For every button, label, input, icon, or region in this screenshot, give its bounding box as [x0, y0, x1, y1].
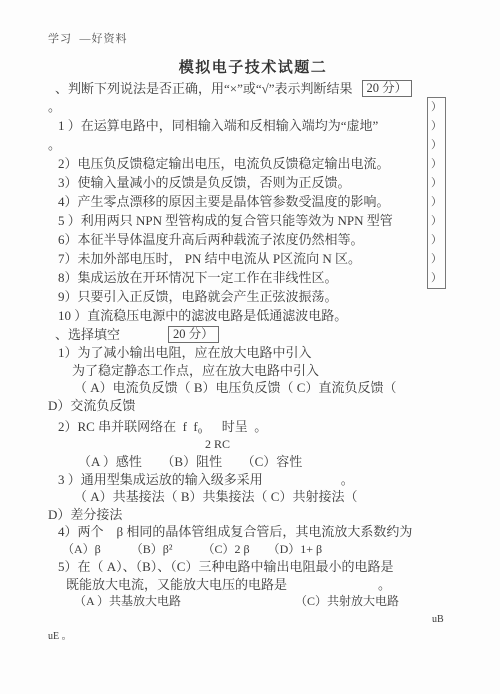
judge-item: 9）只要引入正反馈，电路就会产生正弦波振荡。 [0, 287, 500, 306]
q6-ue-line: uE 。 [0, 628, 500, 646]
option-line: D）差分接法 [0, 506, 500, 524]
question-line: 1）为了减小输出电阻，应在放大电路中引入 [0, 344, 500, 362]
question-line: 2）RC 串并联网络在 f f₀ 时呈 。 [0, 418, 500, 436]
answer-paren: ） [428, 174, 445, 193]
q6-ub-symbol: uB [432, 611, 444, 629]
option-line: （A ）感性 （B）阻性 （C）容性 [0, 453, 500, 471]
page-title: 模拟电子技术试题二 [0, 56, 500, 77]
answer-paren: ） [428, 231, 445, 250]
judge-item: 1 ）在运算电路中，同相输入端和反相输入端均为“虚地” [0, 116, 500, 135]
judge-item: 6）本征半导体温度升高后两种载流子浓度仍然相等。 [0, 230, 500, 249]
section1-score-box: 20 分） [362, 80, 413, 97]
answer-paren: ） [428, 250, 445, 269]
judge-item: 。 [0, 135, 500, 154]
question-line: 3 ）通用型集成运放的输入级多采用 。 [0, 471, 500, 489]
option-line: （A ）共基放大电路 （C）共射放大电路 [0, 593, 500, 611]
document-content: 、判断下列说法是否正确，用“×”或“√”表示判断结果 20 分） 。 1 ）在运… [0, 80, 500, 646]
judge-item: 10 ）直流稳压电源中的滤波电路是低通滤波电路。 [0, 306, 500, 325]
option-line: D）交流负反馈 [0, 397, 500, 415]
answer-paren: ） [428, 136, 445, 155]
option-line: （A）β （B）β² （C）2 β （D）1+ β [0, 541, 500, 559]
judge-item: 8）集成运放在开环情况下一定工作在非线性区。 [0, 268, 500, 287]
question-line: 4）两个 β 相同的晶体管组成复合管后，其电流放大系数约为 [0, 523, 500, 541]
judge-item: 5 ）利用两只 NPN 型管构成的复合管只能等效为 NPN 型管 [0, 211, 500, 230]
answer-paren: ） [428, 269, 445, 288]
answer-column-box: ） ） ） ） ） ） ） ） ） ） [427, 97, 446, 289]
formula-line: 2 RC [0, 436, 500, 454]
judge-item: 2）电压负反馈稳定输出电压，电流负反馈稳定输出电流。 [0, 154, 500, 173]
section1-heading: 、判断下列说法是否正确，用“×”或“√”表示判断结果 [55, 80, 353, 97]
section2-heading: 、选择填空 [55, 325, 120, 344]
option-line: （ A）共基接法（ B）共集接法（ C）共射接法（ [0, 488, 500, 506]
answer-paren: ） [428, 117, 445, 136]
option-line: （ A）电流负反馈（ B）电压负反馈（ C）直流负反馈（ [0, 379, 500, 397]
judge-item: 4）产生零点漂移的原因主要是晶体管参数受温度的影响。 [0, 192, 500, 211]
section2-heading-row: 、选择填空 20 分） [0, 325, 500, 344]
question-line: 既能放大电流，又能放大电压的电路是 。 [0, 576, 500, 594]
answer-paren: ） [428, 155, 445, 174]
section1-heading-row: 、判断下列说法是否正确，用“×”或“√”表示判断结果 20 分） [0, 80, 500, 97]
judge-item: 3）使输入量减小的反馈是负反馈，否则为正反馈。 [0, 173, 500, 192]
question-line-q6: （6）当 NPN 型晶体管工作在放大区时 ，各极电位关 系为 uc uB [0, 611, 500, 629]
question-line: 为了稳定静态工作点，应在放大电路中引入 [0, 362, 500, 380]
judge-item: 。 [0, 97, 500, 116]
document-page: 学习 —好资料 模拟电子技术试题二 、判断下列说法是否正确，用“×”或“√”表示… [0, 0, 500, 694]
answer-paren: ） [428, 193, 445, 212]
header-note: 学习 —好资料 [48, 30, 128, 46]
question-line: 5）在（ A）、（B）、（C）三种电路中输出电阻最小的电路是 [0, 558, 500, 576]
section2-score-box: 20 分） [168, 326, 219, 343]
answer-paren: ） [428, 98, 445, 117]
answer-paren: ） [428, 212, 445, 231]
judge-item: 7）未加外部电压时， PN 结中电流从 P区流向 N 区。 [0, 249, 500, 268]
